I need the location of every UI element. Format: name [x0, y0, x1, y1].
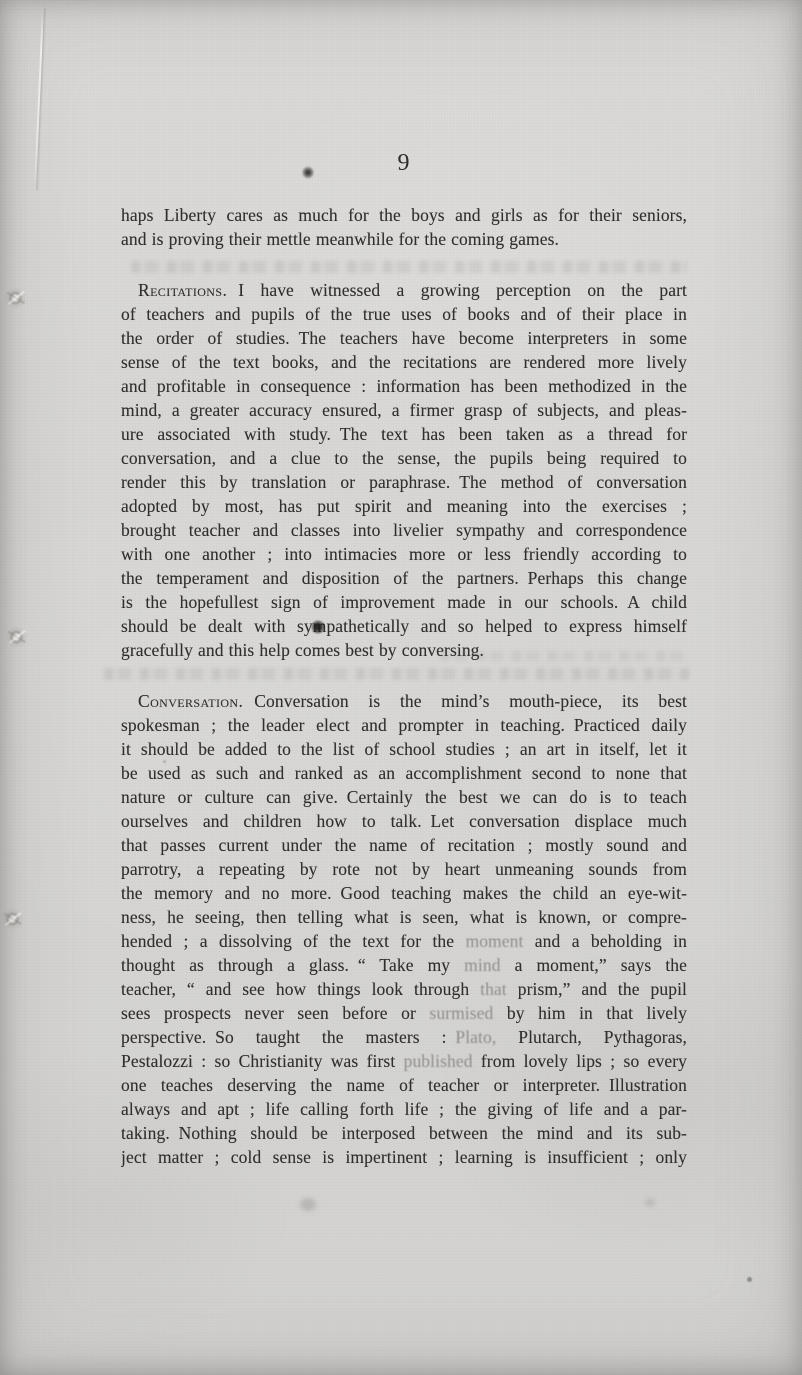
text-line: Recitations.I have witnessed a growing p…: [121, 278, 687, 302]
text-line: and is proving their mettle meanwhile fo…: [121, 227, 687, 251]
text-line: be used as such and ranked as an accompl…: [121, 761, 687, 785]
text-line: always and apt ; life calling forth life…: [121, 1097, 687, 1121]
text-line: the memory and no more. Good teaching ma…: [121, 881, 687, 905]
paragraph-lead-smallcaps: Recitations.: [138, 280, 227, 300]
text-line: the order of studies. The teachers have …: [121, 326, 687, 350]
page-number: 9: [121, 150, 687, 177]
faded-ink-word: mind: [464, 955, 500, 975]
text-line: thought as through a glass. “ Take my mi…: [121, 953, 687, 977]
ink-blot: mp: [313, 616, 336, 636]
binding-puncture-mark: [3, 623, 31, 651]
paragraph: Conversation.Conversation is the mind’s …: [121, 689, 687, 1169]
text-line: sense of the text books, and the recitat…: [121, 350, 687, 374]
text-line: taking. Nothing should be interposed bet…: [121, 1121, 687, 1145]
faded-ink-word: that: [480, 979, 507, 999]
text-line: is the hopefullest sign of improvement m…: [121, 590, 687, 614]
binding-puncture-mark: [2, 284, 30, 312]
text-line: should be dealt with sympathetically and…: [121, 614, 687, 638]
text-line: parrotry, a repeating by rote not by hea…: [121, 857, 687, 881]
text-line: of teachers and pupils of the true uses …: [121, 302, 687, 326]
text-line: one teaches deserving the name of teache…: [121, 1073, 687, 1097]
text-line: mind, a greater accuracy ensured, a firm…: [121, 398, 687, 422]
scanned-book-page: 9 haps Liberty cares as much for the boy…: [0, 0, 802, 1375]
text-line: and profitable in consequence : informat…: [121, 374, 687, 398]
text-line: ject matter ; cold sense is impertinent …: [121, 1145, 687, 1169]
text-line: gracefully and this help comes best by c…: [121, 638, 687, 662]
text-line: ure associated with study. The text has …: [121, 422, 687, 446]
text-line: that passes current under the name of re…: [121, 833, 687, 857]
text-line: hended ; a dissolving of the text for th…: [121, 929, 687, 953]
text-line: Pestalozzi : so Christianity was first p…: [121, 1049, 687, 1073]
text-line: teacher, “ and see how things look throu…: [121, 977, 687, 1001]
text-line: brought teacher and classes into livelie…: [121, 518, 687, 542]
text-line: it should be added to the list of school…: [121, 737, 687, 761]
text-line: Conversation.Conversation is the mind’s …: [121, 689, 687, 713]
faded-ink-word: published: [404, 1051, 473, 1071]
ink-speck: [300, 1198, 316, 1211]
ink-speck: [645, 1198, 655, 1207]
text-line: ness, he seeing, then telling what is se…: [121, 905, 687, 929]
text-line: haps Liberty cares as much for the boys …: [121, 203, 687, 227]
text-line: sees prospects never seen before or surm…: [121, 1001, 687, 1025]
text-line: with one another ; into intimacies more …: [121, 542, 687, 566]
paragraph: haps Liberty cares as much for the boys …: [121, 203, 687, 251]
ink-speck: [747, 1277, 752, 1282]
paper-crease: [34, 8, 44, 190]
text-line: spokesman ; the leader elect and prompte…: [121, 713, 687, 737]
text-line: the temperament and disposition of the p…: [121, 566, 687, 590]
text-line: ourselves and children how to talk. Let …: [121, 809, 687, 833]
text-line: adopted by most, has put spirit and mean…: [121, 494, 687, 518]
faded-ink-word: Plato,: [455, 1027, 496, 1047]
faded-ink-word: moment: [466, 931, 524, 951]
paragraph-lead-smallcaps: Conversation.: [138, 691, 243, 711]
paragraph: Recitations.I have witnessed a growing p…: [121, 278, 687, 662]
text-line: render this by translation or paraphrase…: [121, 470, 687, 494]
text-block: haps Liberty cares as much for the boys …: [121, 203, 687, 1169]
binding-puncture-mark: [0, 905, 27, 933]
text-line: nature or culture can give. Certainly th…: [121, 785, 687, 809]
faded-ink-word: surmised: [429, 1003, 493, 1023]
text-line: conversation, and a clue to the sense, t…: [121, 446, 687, 470]
text-line: perspective. So taught the masters : Pla…: [121, 1025, 687, 1049]
